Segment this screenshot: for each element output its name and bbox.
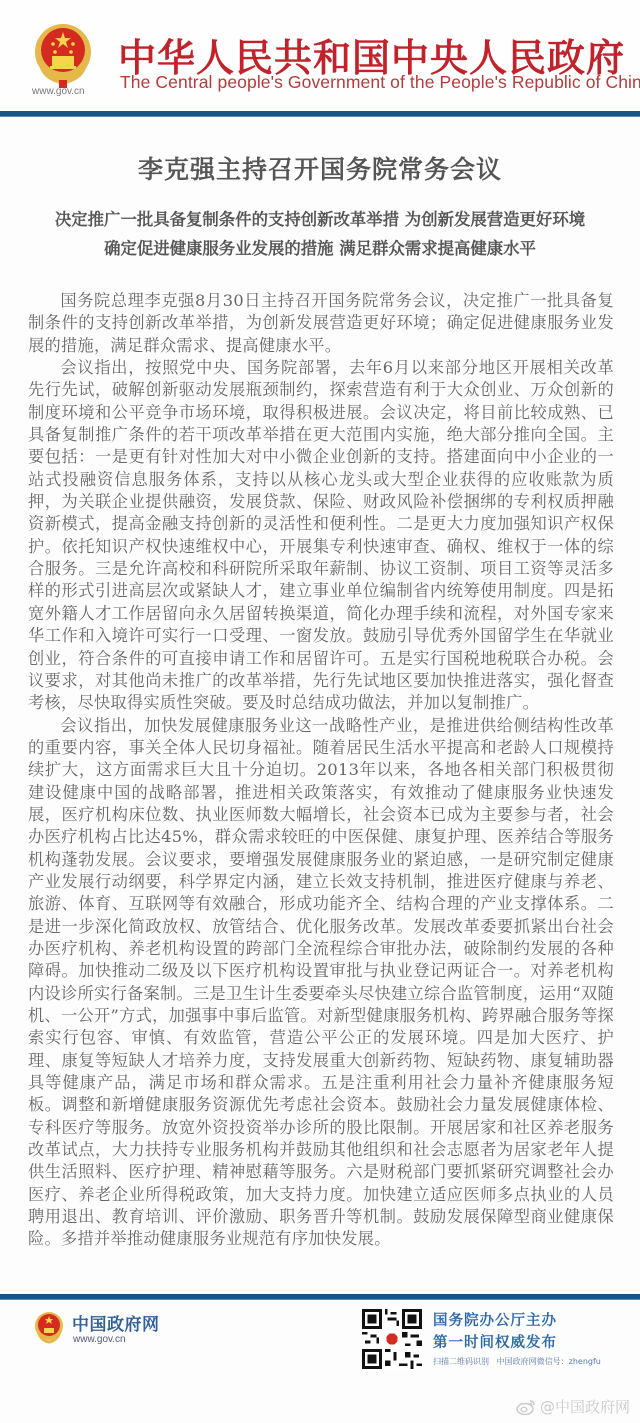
header-divider [0,111,640,117]
qr-code-icon [362,1309,422,1369]
article-body: 国务院总理李克强8月30日主持召开国务院常务会议，决定推广一批具备复制条件的支持… [28,290,614,1251]
footer-qr-note: 扫描二维码识别 中国政府网微信号：zhengfu [433,1356,601,1367]
footer-slogan-line-1: 国务院办公厅主办 [433,1309,557,1330]
article-subtitle-2: 确定促进健康服务业发展的措施 满足群众需求提高健康水平 [0,235,640,259]
footer-brand: 中国政府网 [72,1310,160,1335]
weibo-icon [516,1399,536,1415]
footer-url[interactable]: www.gov.cn [73,1334,126,1345]
article-paragraph: 会议指出，加快发展健康服务业这一战略性产业，是推进供给侧结构性改革的重要内容，事… [28,715,614,1251]
article-paragraph: 会议指出，按照党中央、国务院部署，去年6月以来部分地区开展相关改革先行先试，破解… [28,357,614,715]
weibo-watermark: @中国政府网 [516,1396,630,1417]
site-title-en: The Central people's Government of the P… [120,72,640,93]
watermark-text: @中国政府网 [540,1396,630,1417]
article-title: 李克强主持召开国务院常务会议 [0,150,640,186]
article-paragraph: 国务院总理李克强8月30日主持召开国务院常务会议，决定推广一批具备复制条件的支持… [28,290,614,357]
page-header: www.gov.cn 中华人民共和国中央人民政府 The Central peo… [0,0,640,112]
article-subtitle-1: 决定推广一批具备复制条件的支持创新改革举措 为创新发展营造更好环境 [0,206,640,230]
national-emblem-icon [33,22,93,94]
footer-divider [0,1294,640,1300]
footer-slogan-line-2: 第一时间权威发布 [433,1331,557,1352]
national-emblem-icon [34,1311,64,1347]
site-url[interactable]: www.gov.cn [32,86,85,97]
